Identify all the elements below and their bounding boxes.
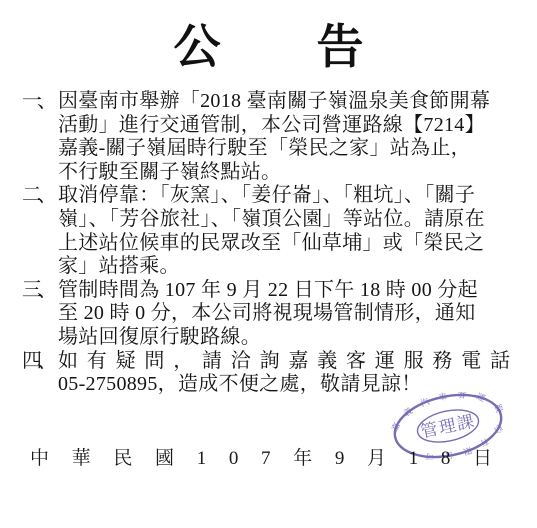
- item-content: 管制時間為 107 年 9 月 22 日下午 18 時 00 分起 至 20 時…: [58, 279, 515, 350]
- item-marker: 一、: [22, 90, 58, 114]
- notice-item-2: 二、 取消停靠：「灰窯」、「姜仔崙」、「粗坑」、「關子 嶺」、「芳谷旅社」、「嶺…: [22, 184, 515, 278]
- republic-era-date: 中 華 民 國 1 0 7 年 9 月 1 8 日: [30, 447, 492, 471]
- date-char: 華: [72, 447, 91, 471]
- item-line: 取消停靠：「灰窯」、「姜仔崙」、「粗坑」、「關子: [58, 184, 515, 208]
- item-content: 取消停靠：「灰窯」、「姜仔崙」、「粗坑」、「關子 嶺」、「芳谷旅社」、「嶺頂公園…: [58, 184, 515, 278]
- date-char: 年: [293, 447, 312, 471]
- item-line: 活動」進行交通管制，本公司營運路線【7214】: [58, 114, 515, 138]
- item-line: 嶺」、「芳谷旅社」、「嶺頂公園」等站位。請原在: [58, 208, 515, 232]
- item-line: 05-2750895，造成不便之處，敬請見諒！: [58, 373, 515, 397]
- item-line: 嘉義-關子嶺屆時行駛至「榮民之家」站為止，: [58, 137, 515, 161]
- date-char: 9: [335, 447, 345, 471]
- item-line: 如有疑問，請洽詢嘉義客運服務電話: [58, 350, 515, 374]
- date-char: 0: [229, 447, 239, 471]
- stamp-center-label: 管理課: [419, 411, 477, 441]
- date-char: 1: [197, 447, 207, 471]
- notice-item-3: 三、 管制時間為 107 年 9 月 22 日下午 18 時 00 分起 至 2…: [22, 279, 515, 350]
- item-line: 因臺南市舉辦「2018 臺南關子嶺溫泉美食節開幕: [58, 90, 515, 114]
- notice-item-1: 一、 因臺南市舉辦「2018 臺南關子嶺溫泉美食節開幕 活動」進行交通管制，本公…: [22, 90, 515, 184]
- title-char-left: 公: [174, 20, 221, 74]
- item-line: 家」站搭乘。: [58, 255, 515, 279]
- item-marker: 二、: [22, 184, 58, 208]
- item-line: 場站回復原行駛路線。: [58, 326, 515, 350]
- item-line: 不行駛至關子嶺終點站。: [58, 161, 515, 185]
- notice-item-4: 四、 如有疑問，請洽詢嘉義客運服務電話 05-2750895，造成不便之處，敬請…: [22, 350, 515, 397]
- notice-body: 一、 因臺南市舉辦「2018 臺南關子嶺溫泉美食節開幕 活動」進行交通管制，本公…: [0, 90, 537, 397]
- date-char: 國: [155, 447, 174, 471]
- date-char: 8: [441, 447, 451, 471]
- item-marker: 四、: [22, 350, 58, 374]
- item-line: 管制時間為 107 年 9 月 22 日下午 18 時 00 分起: [58, 279, 515, 303]
- date-char: 1: [409, 447, 419, 471]
- item-content: 因臺南市舉辦「2018 臺南關子嶺溫泉美食節開幕 活動」進行交通管制，本公司營運…: [58, 90, 515, 184]
- item-line: 至 20 時 0 分，本公司將視現場管制情形，通知: [58, 302, 515, 326]
- item-line: 上述站位候車的民眾改至「仙草埔」或「榮民之: [58, 232, 515, 256]
- notice-title: 公 告: [0, 20, 537, 74]
- date-char: 日: [473, 447, 492, 471]
- notice-page: 公 告 一、 因臺南市舉辦「2018 臺南關子嶺溫泉美食節開幕 活動」進行交通管…: [0, 0, 537, 528]
- stamp-inner-ring: [415, 405, 482, 447]
- item-content: 如有疑問，請洽詢嘉義客運服務電話 05-2750895，造成不便之處，敬請見諒！: [58, 350, 515, 397]
- date-char: 月: [367, 447, 386, 471]
- date-char: 民: [113, 447, 132, 471]
- item-marker: 三、: [22, 279, 58, 303]
- date-char: 中: [30, 447, 49, 471]
- title-char-right: 告: [317, 20, 364, 74]
- date-char: 7: [261, 447, 271, 471]
